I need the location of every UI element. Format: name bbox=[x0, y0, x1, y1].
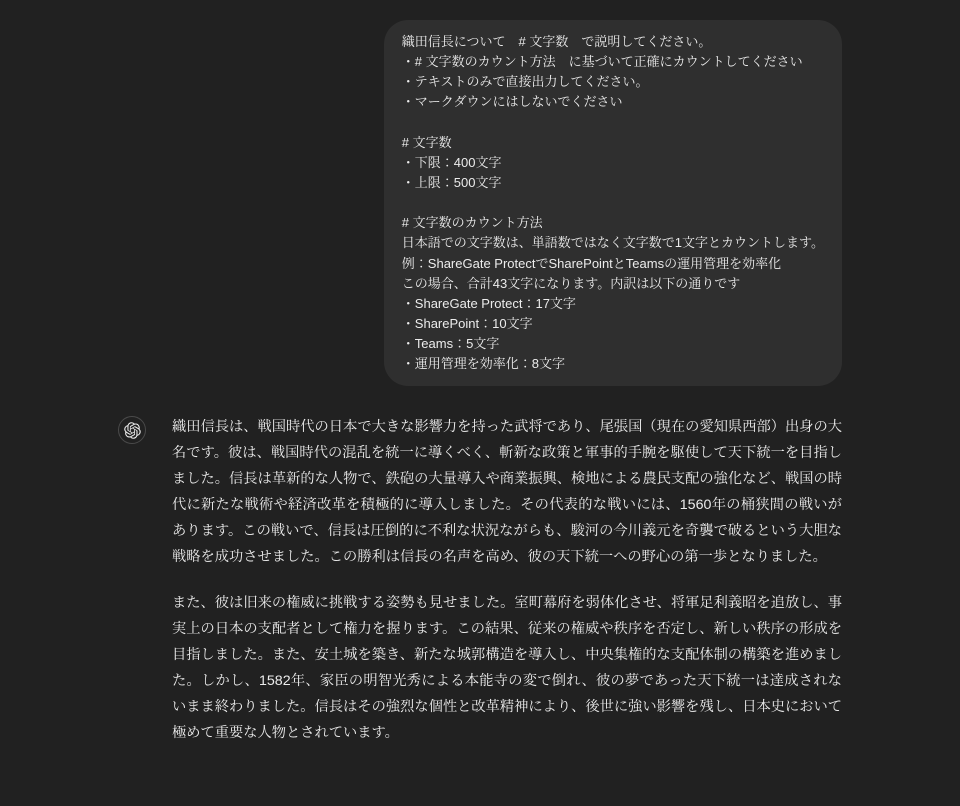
user-message-row: 織田信長について # 文字数 で説明してください。 ・# 文字数のカウント方法 … bbox=[118, 20, 842, 386]
assistant-paragraph-1: 織田信長は、戦国時代の日本で大きな影響力を持った武将であり、尾張国（現在の愛知県… bbox=[172, 414, 842, 570]
conversation-thread: 織田信長について # 文字数 で説明してください。 ・# 文字数のカウント方法 … bbox=[118, 0, 842, 746]
assistant-avatar bbox=[118, 416, 146, 444]
user-message-text: 織田信長について # 文字数 で説明してください。 ・# 文字数のカウント方法 … bbox=[402, 32, 824, 374]
assistant-message-row: 織田信長は、戦国時代の日本で大きな影響力を持った武将であり、尾張国（現在の愛知県… bbox=[118, 414, 842, 746]
user-message-bubble: 織田信長について # 文字数 で説明してください。 ・# 文字数のカウント方法 … bbox=[384, 20, 842, 386]
assistant-paragraph-2: また、彼は旧来の権威に挑戦する姿勢も見せました。室町幕府を弱体化させ、将軍足利義… bbox=[172, 590, 842, 746]
assistant-message-text: 織田信長は、戦国時代の日本で大きな影響力を持った武将であり、尾張国（現在の愛知県… bbox=[172, 414, 842, 746]
chat-page: 織田信長について # 文字数 で説明してください。 ・# 文字数のカウント方法 … bbox=[0, 0, 960, 806]
openai-logo-icon bbox=[124, 422, 141, 439]
